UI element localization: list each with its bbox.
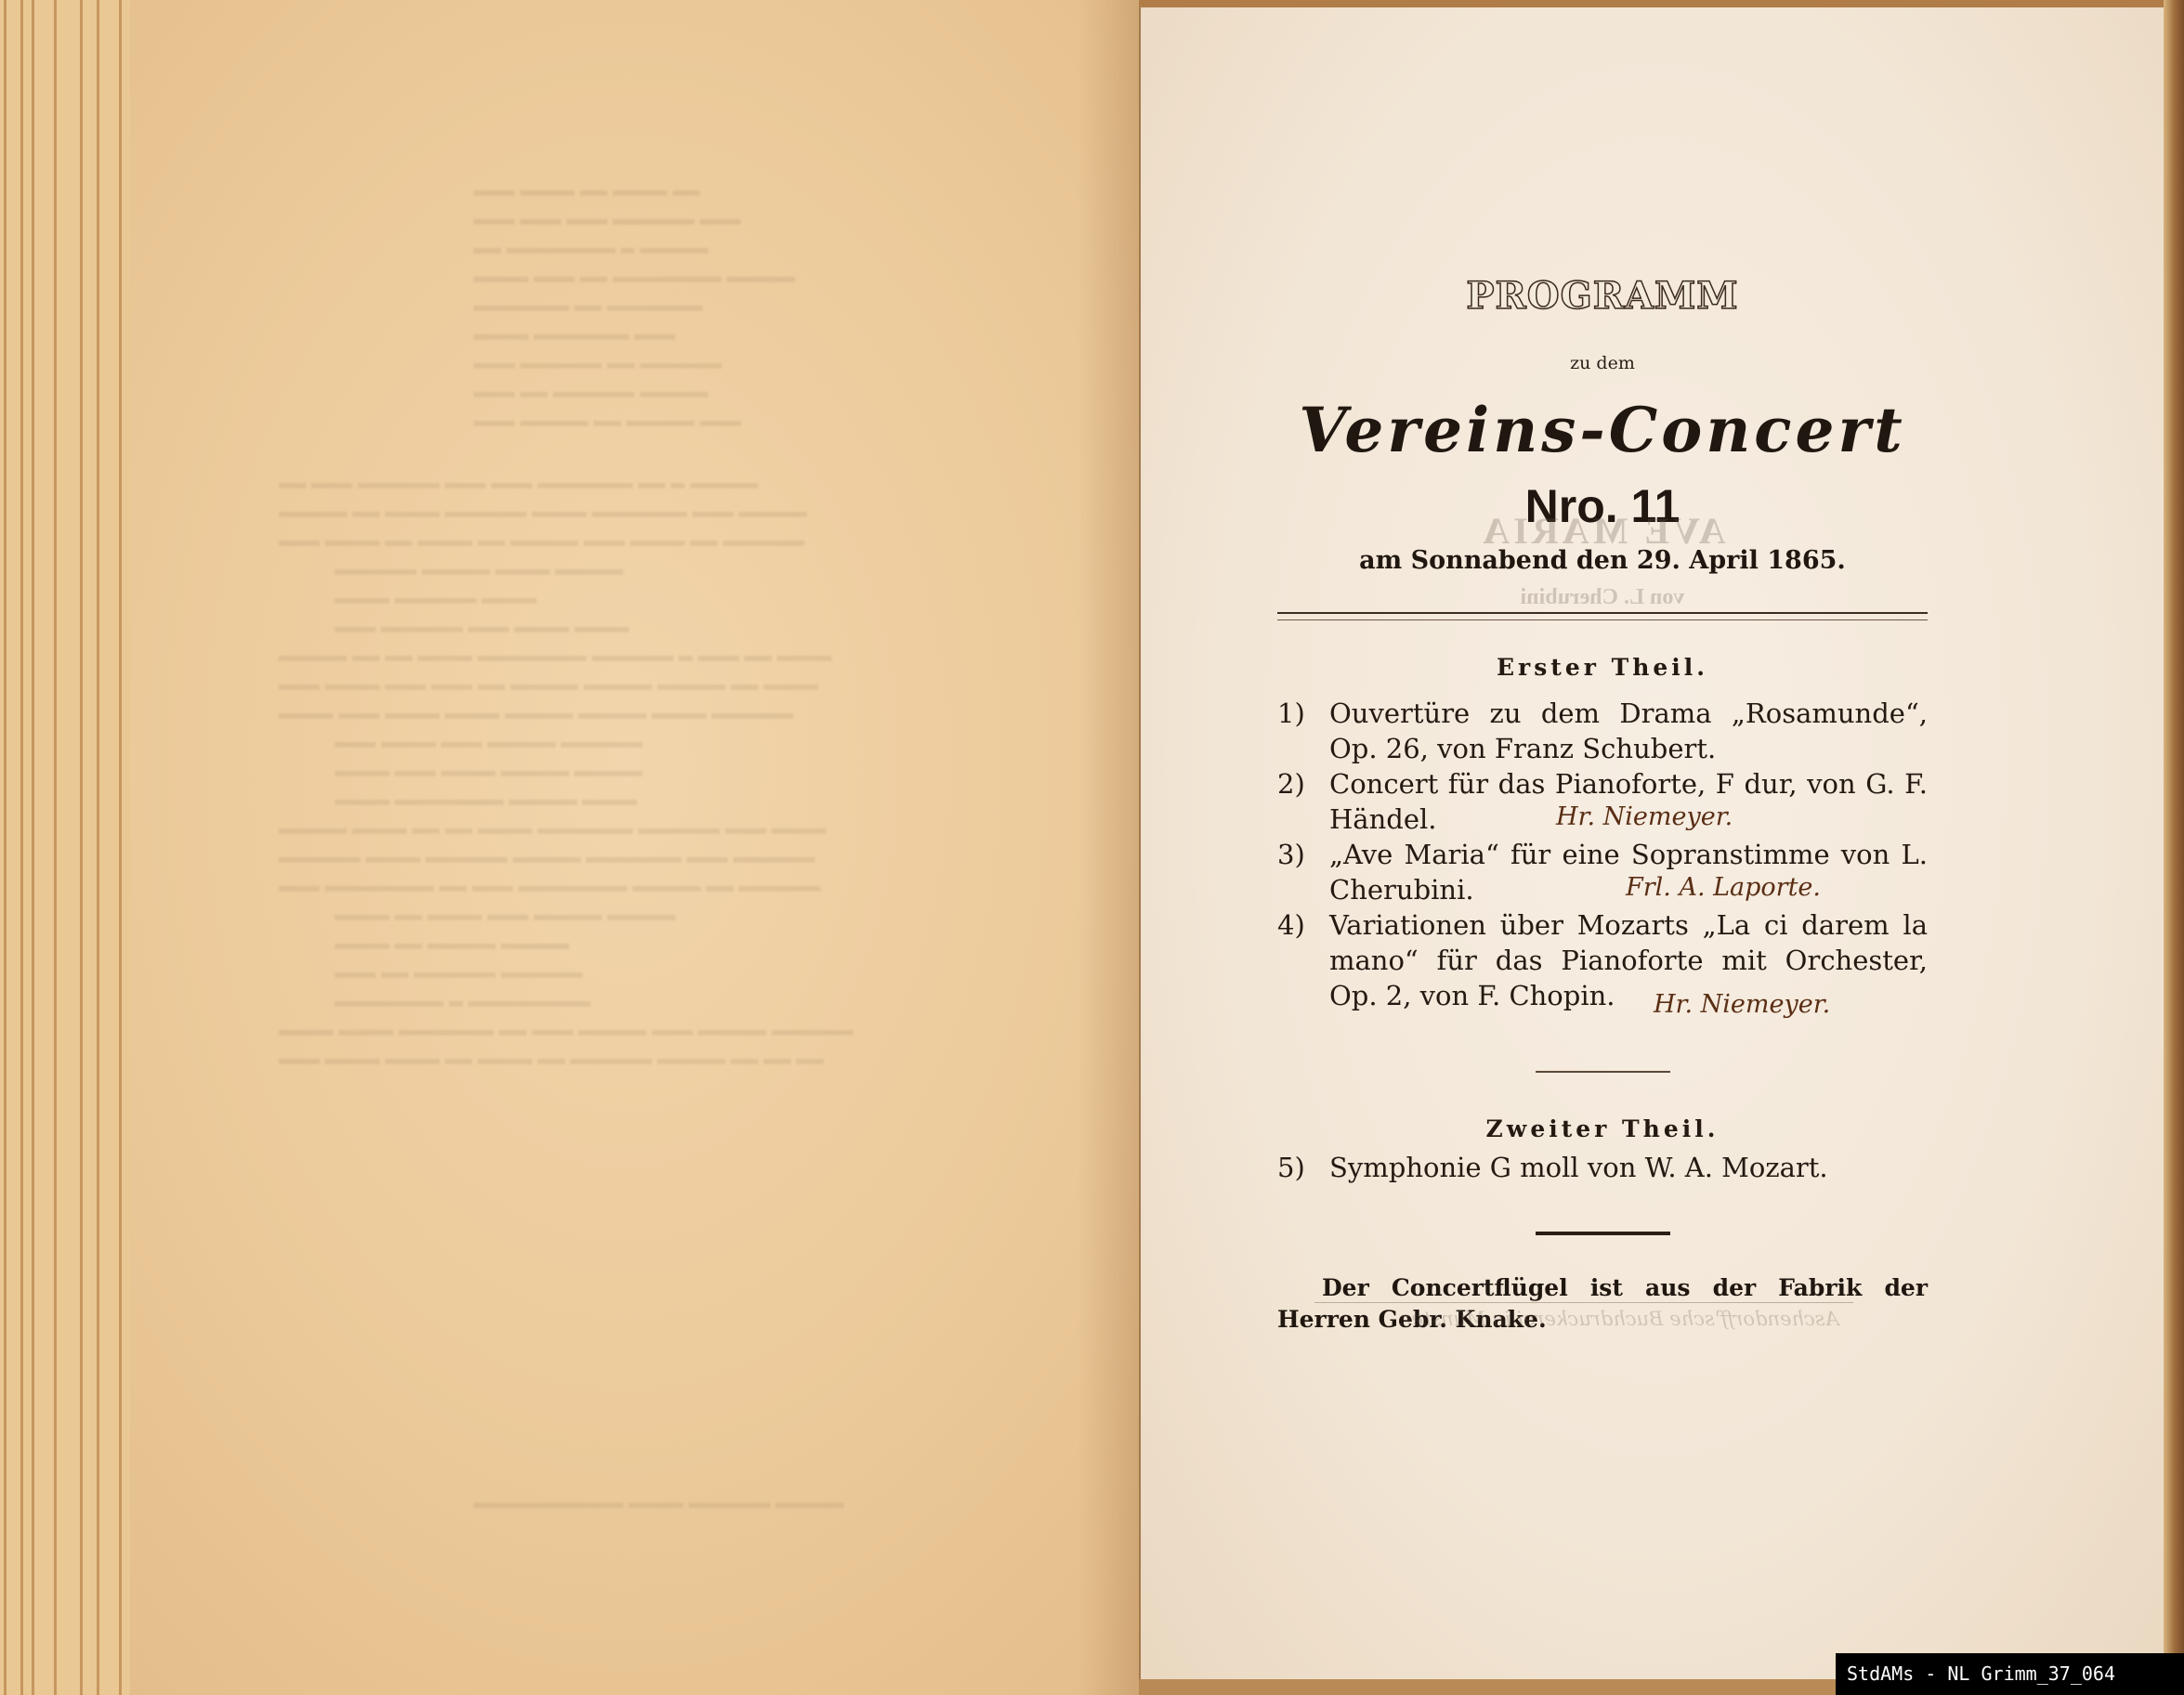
handwritten-performer: Hr. Niemeyer.: [1556, 800, 1733, 835]
part-2-items: 5) Symphonie G moll von W. A. Mozart.: [1277, 1150, 1928, 1185]
programme-item: 5) Symphonie G moll von W. A. Mozart.: [1277, 1150, 1928, 1185]
item-text: Variationen über Mozarts „La ci darem la…: [1329, 907, 1928, 1013]
bleed-through-text: ▂▂▂▂▂▂▂▂▂▂▂ ▂▂▂▂ ▂▂▂▂▂▂ ▂▂▂▂▂: [474, 1484, 844, 1513]
show-through-ave-maria: AVE MARIA: [1277, 509, 1928, 553]
part-1-items: 1) Ouvertüre zu dem Drama „Rosamunde“, O…: [1277, 696, 1928, 1013]
concert-heading: Vereins-Concert: [1277, 394, 1928, 466]
handwritten-performer: Hr. Niemeyer.: [1654, 987, 1830, 1023]
gutter-shadow: [1078, 0, 1139, 1695]
right-page-edge: [2164, 0, 2184, 1695]
double-rule: [1277, 612, 1928, 620]
item-number: 1): [1277, 696, 1329, 766]
part-2-heading: Zweiter Theil.: [1277, 1115, 1928, 1142]
item-number: 4): [1277, 907, 1329, 1013]
part-1-heading: Erster Theil.: [1277, 654, 1928, 681]
programme-content: PROGRAMM zu dem Vereins-Concert Nro. 11 …: [1277, 265, 1928, 1336]
archive-caption: StdAMs - NL Grimm_37_064: [1836, 1653, 2184, 1695]
item-text: Symphonie G moll von W. A. Mozart.: [1329, 1150, 1928, 1185]
item-text: Ouvertüre zu dem Drama „Rosamunde“, Op. …: [1329, 696, 1928, 766]
page-edges: [0, 0, 130, 1695]
programme-item: 3) „Ave Maria“ für eine Sopranstimme von…: [1277, 837, 1928, 907]
item-number: 3): [1277, 837, 1329, 907]
programme-title: PROGRAMM: [1277, 274, 1928, 318]
show-through-printer: Aschendorff'sche Buchdruckerei in Münste…: [1398, 1303, 1884, 1335]
programme-item: 4) Variationen über Mozarts „La ci darem…: [1277, 907, 1928, 1013]
bleed-through-text: ▂▂ ▂▂▂ ▂▂▂▂▂▂ ▂▂▂ ▂▂▂ ▂▂▂▂▂▂▂ ▂▂ ▂ ▂▂▂▂▂…: [279, 464, 853, 1069]
left-page: ▂▂▂ ▂▂▂▂ ▂▂ ▂▂▂▂ ▂▂ ▂▂▂ ▂▂▂ ▂▂▂ ▂▂▂▂▂▂ ▂…: [0, 0, 1139, 1695]
concert-date: AVE MARIA am Sonnabend den 29. April 186…: [1277, 546, 1928, 575]
section-divider: [1536, 1071, 1670, 1073]
programme-item: 2) Concert für das Pianoforte, F dur, vo…: [1277, 766, 1928, 837]
show-through-composer: von L. Cherubini: [1277, 585, 1928, 610]
programme-subtitle: zu dem: [1277, 353, 1928, 373]
piano-maker-note: Der Concertflügel ist aus der Fabrik der…: [1277, 1272, 1928, 1336]
item-number: 5): [1277, 1150, 1329, 1185]
programme-item: 1) Ouvertüre zu dem Drama „Rosamunde“, O…: [1277, 696, 1928, 766]
book-spread: ▂▂▂ ▂▂▂▂ ▂▂ ▂▂▂▂ ▂▂ ▂▂▂ ▂▂▂ ▂▂▂ ▂▂▂▂▂▂ ▂…: [0, 0, 2184, 1695]
closing-divider: [1536, 1232, 1670, 1235]
item-number: 2): [1277, 766, 1329, 837]
handwritten-performer: Frl. A. Laporte.: [1626, 870, 1821, 906]
bleed-through-text: ▂▂▂ ▂▂▂▂ ▂▂ ▂▂▂▂ ▂▂ ▂▂▂ ▂▂▂ ▂▂▂ ▂▂▂▂▂▂ ▂…: [474, 172, 795, 431]
